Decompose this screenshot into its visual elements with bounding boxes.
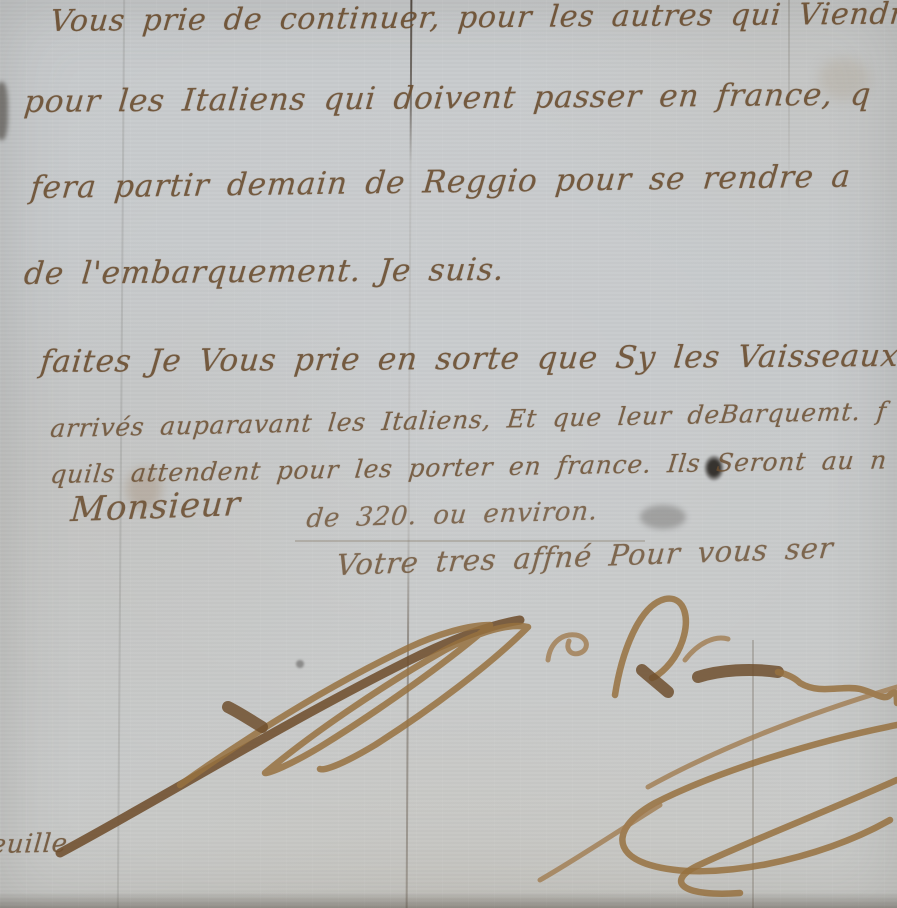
letter-line-3: fera partir demain de Reggio pour se ren… bbox=[29, 159, 853, 207]
left-fold-crease bbox=[117, 0, 125, 908]
small-gray-spot bbox=[296, 660, 304, 668]
bottom-word-fragment: euille bbox=[0, 829, 69, 860]
letter-line-6: arrivés auparavant les Italiens, Et que … bbox=[49, 396, 888, 443]
letter-line-5: faites Je Vous prie en sorte que Sy les … bbox=[38, 338, 897, 380]
signature-flourish-icon bbox=[30, 575, 897, 908]
bottom-edge-shadow bbox=[0, 892, 897, 908]
gray-smudge bbox=[640, 505, 686, 529]
count-note: de 320. ou environ. bbox=[305, 496, 599, 534]
paper-edge-mark bbox=[0, 82, 8, 140]
letter-line-1: Vous prie de continuer, pour les autres … bbox=[49, 0, 897, 39]
letter-line-7: quils attendent pour les porter en franc… bbox=[49, 445, 889, 489]
salutation-monsieur: Monsieur bbox=[69, 484, 242, 530]
manuscript-letter-photo: Vous prie de continuer, pour les autres … bbox=[0, 0, 897, 908]
right-bottom-crease bbox=[752, 640, 754, 908]
letter-line-4: de l'embarquement. Je suis. bbox=[23, 252, 507, 292]
valediction: Votre tres affné Pour vous ser bbox=[335, 531, 835, 582]
letter-line-2: pour les Italiens qui doivent passer en … bbox=[23, 77, 873, 120]
